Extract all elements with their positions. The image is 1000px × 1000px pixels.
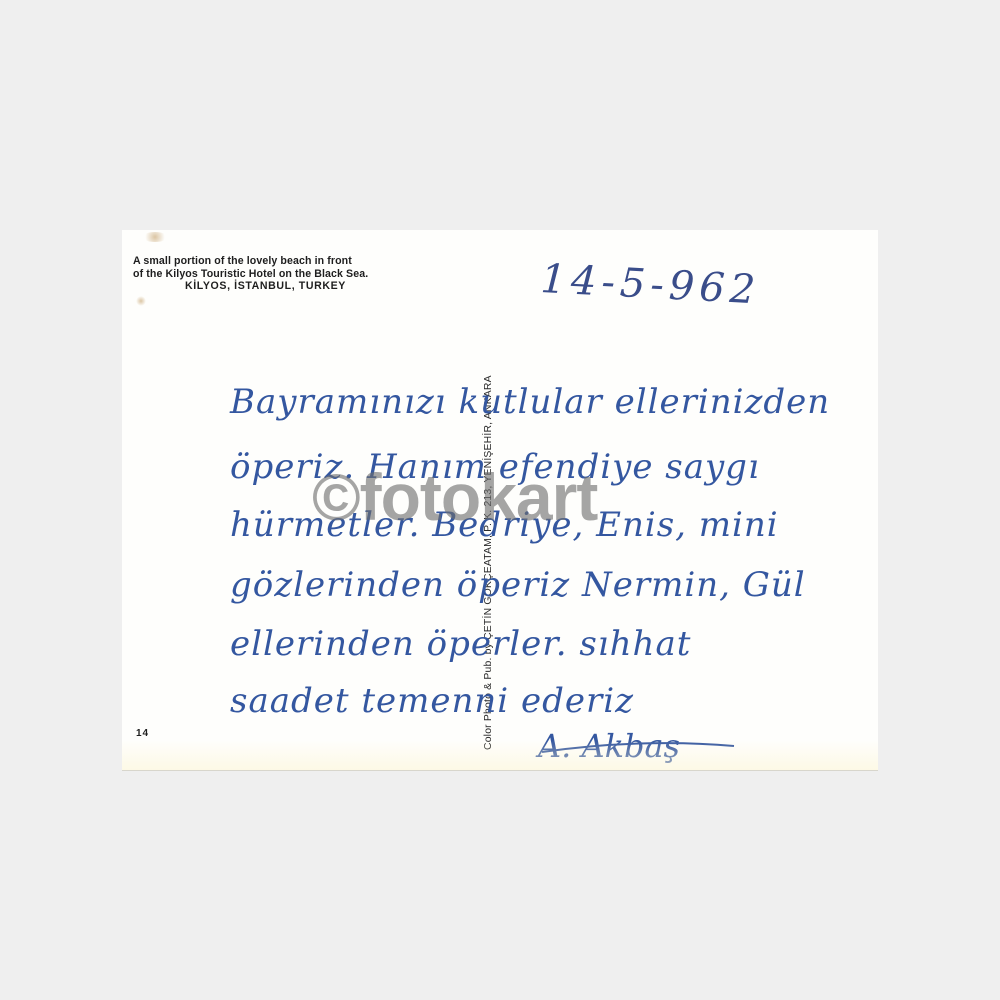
message-line: saadet temenni ederiz xyxy=(230,681,634,721)
message-line: Bayramınızı kutlular ellerinizden xyxy=(229,382,830,422)
message-line: ellerinden öperler. sıhhat xyxy=(230,624,691,664)
handwritten-message: 14-5-962 Bayramınızı kutlular ellerinizd… xyxy=(122,230,878,770)
message-line: gözlerinden öperiz Nermin, Gül xyxy=(230,565,806,605)
message-line: öperiz. Hanım efendiye saygı xyxy=(230,447,760,487)
message-line: hürmetler. Bedriye, Enis, mini xyxy=(230,505,779,545)
postcard-back: A small portion of the lovely beach in f… xyxy=(122,230,878,770)
handwritten-date: 14-5-962 xyxy=(539,256,761,313)
